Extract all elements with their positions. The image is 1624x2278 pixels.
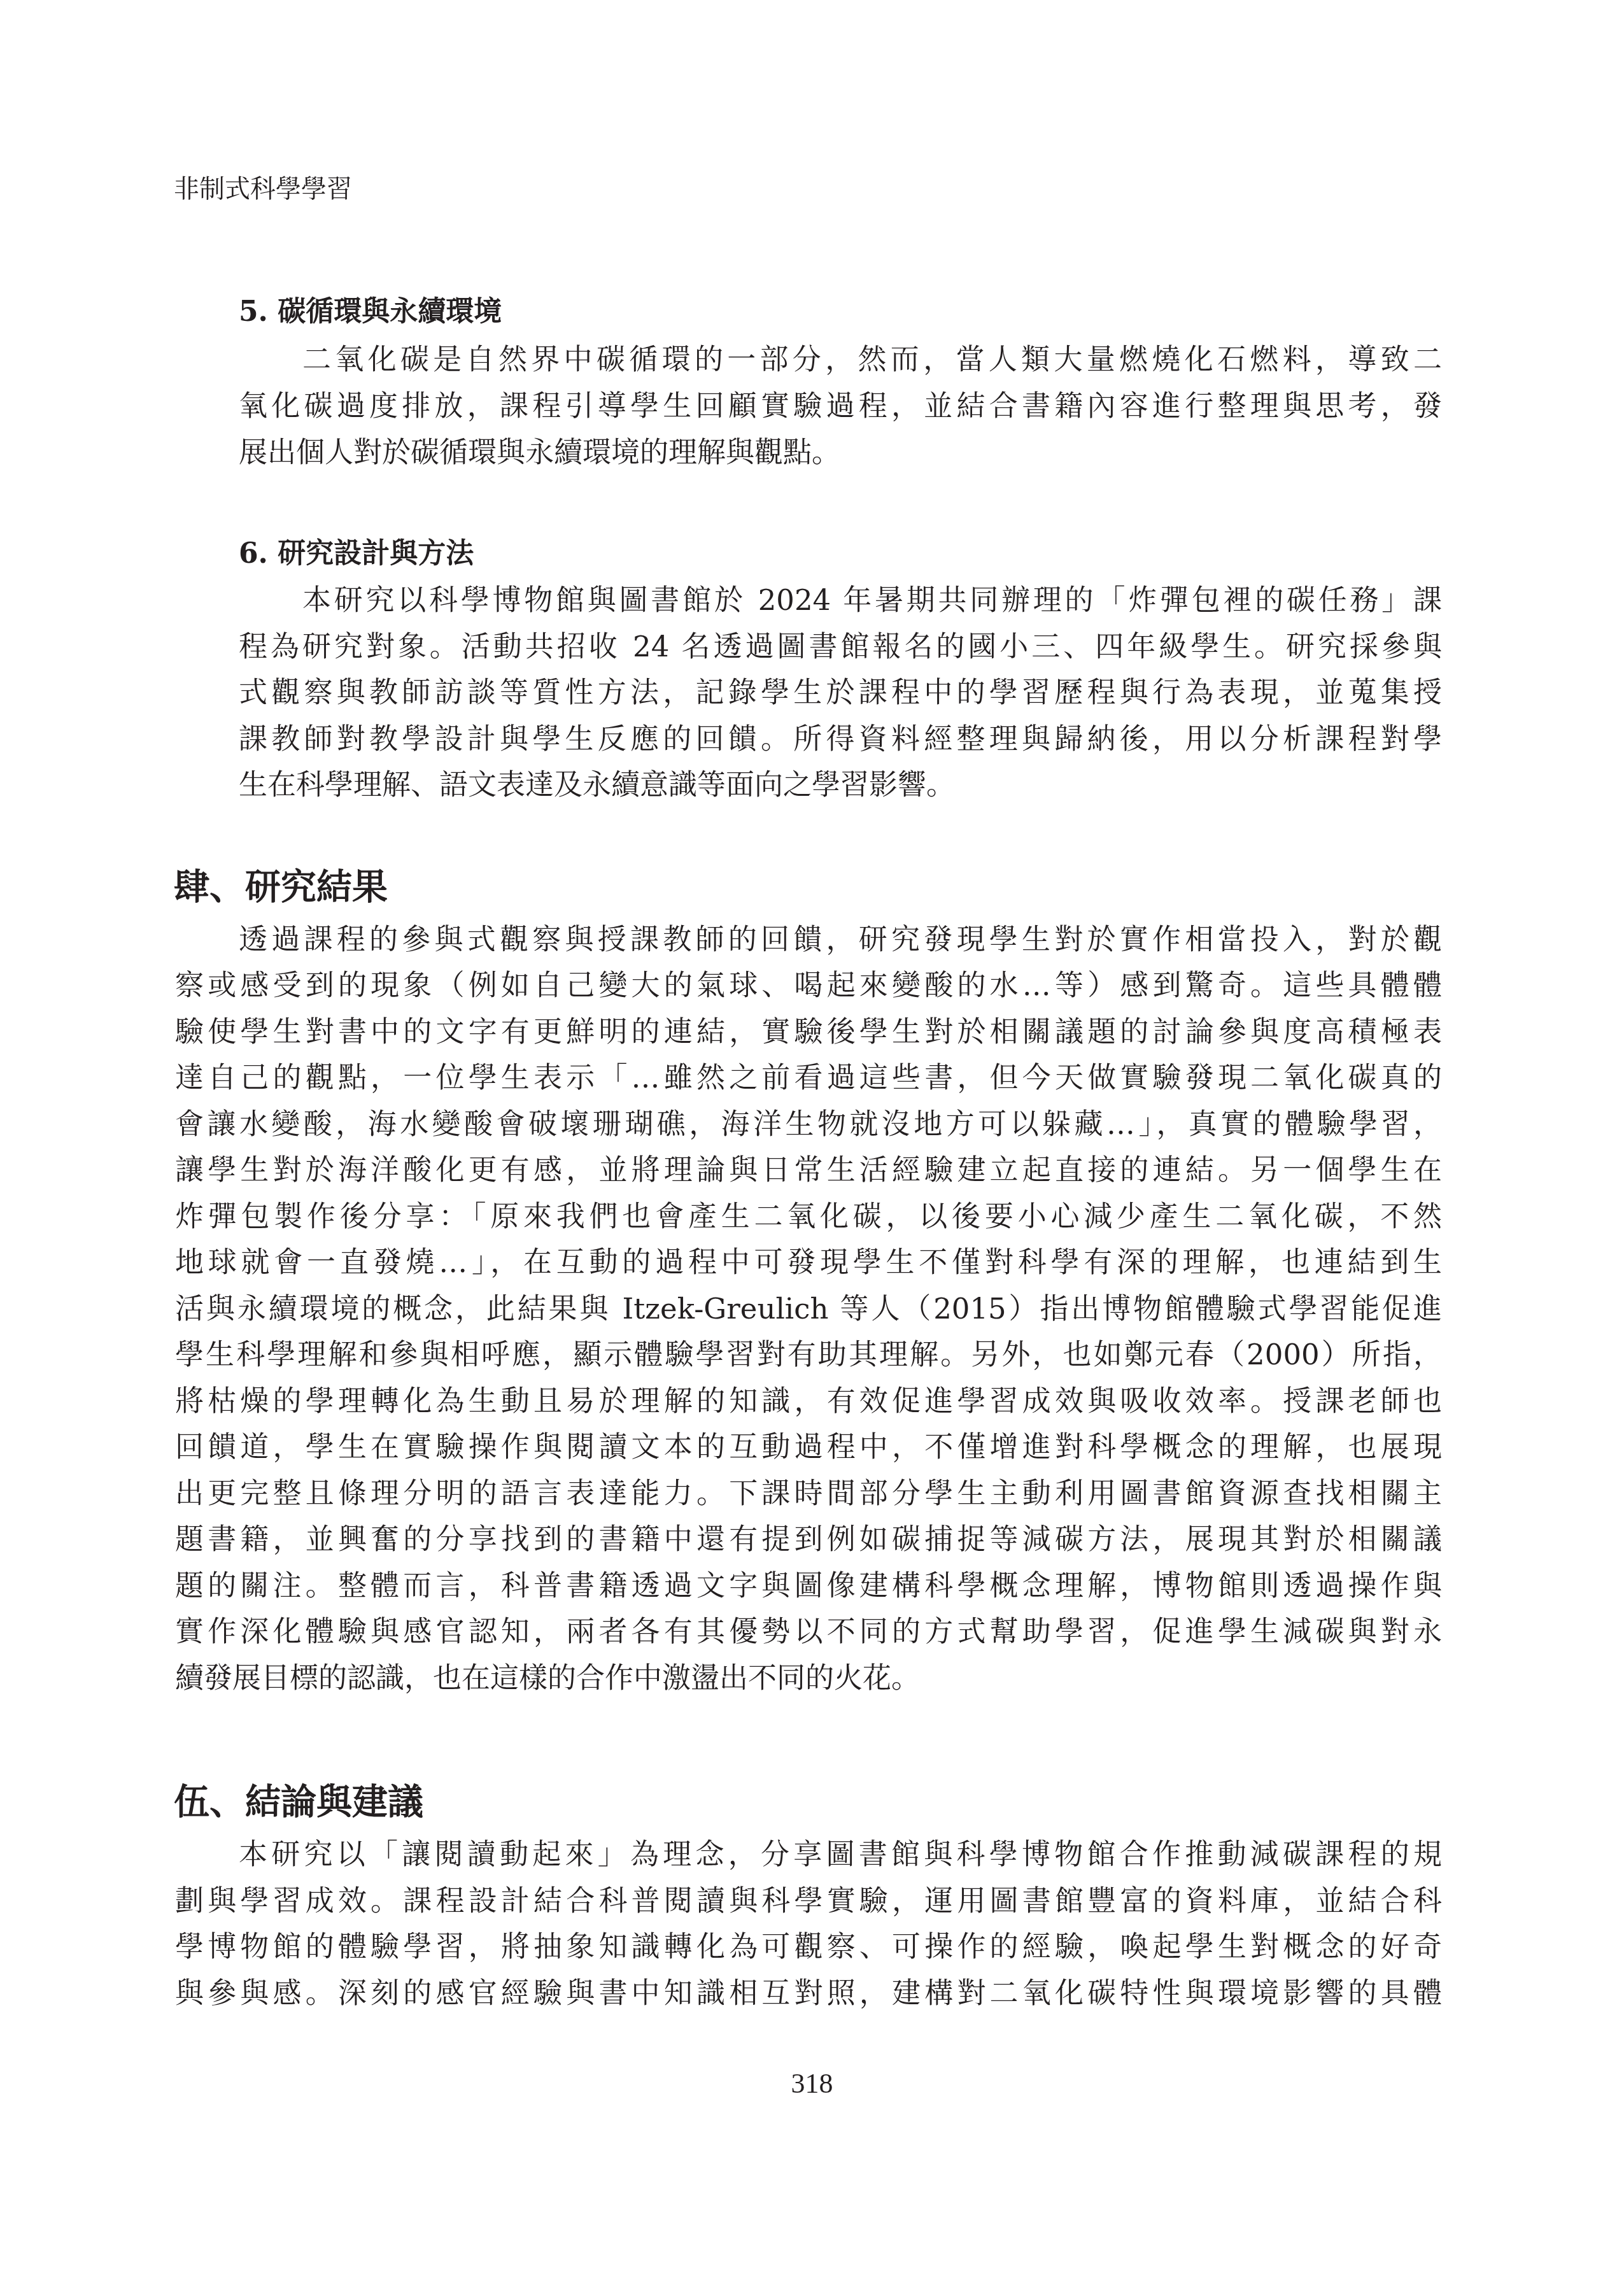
paragraph-line: 透過課程的參與式觀察與授課教師的回饋，研究發現學生對於實作相當投入，對於觀 bbox=[239, 921, 1442, 959]
paragraph-line: 氧化碳過度排放，課程引導學生回顧實驗過程，並結合書籍內容進行整理與思考，發 bbox=[239, 387, 1442, 425]
paragraph-line: 讓學生對於海洋酸化更有感，並將理論與日常生活經驗建立起直接的連結。另一個學生在 bbox=[175, 1151, 1442, 1189]
subsection-5-heading: 5. 碳循環與永續環境 bbox=[239, 294, 502, 330]
paragraph-line: 本研究以科學博物館與圖書館於 2024 年暑期共同辦理的「炸彈包裡的碳任務」課 bbox=[302, 581, 1442, 619]
paragraph-line: 會讓水變酸，海水變酸會破壞珊瑚礁，海洋生物就沒地方可以躲藏…」，真實的體驗學習， bbox=[175, 1105, 1442, 1143]
paragraph-line: 炸彈包製作後分享：「原來我們也會產生二氧化碳，以後要小心減少產生二氧化碳，不然 bbox=[175, 1198, 1442, 1236]
paragraph-line: 生在科學理解、語文表達及永續意識等面向之學習影響。 bbox=[239, 766, 1442, 804]
paragraph-line: 回饋道，學生在實驗操作與閱讀文本的互動過程中，不僅增進對科學概念的理解，也展現 bbox=[175, 1428, 1442, 1466]
section-4-heading: 肆、研究結果 bbox=[174, 865, 388, 909]
paragraph-line: 實作深化體驗與感官認知，兩者各有其優勢以不同的方式幫助學習，促進學生減碳與對永 bbox=[175, 1613, 1442, 1651]
paragraph-line: 察或感受到的現象（例如自己變大的氣球、喝起來變酸的水…等）感到驚奇。這些具體體 bbox=[175, 966, 1442, 1005]
paragraph-line: 式觀察與教師訪談等質性方法，記錄學生於課程中的學習歷程與行為表現，並蒐集授 bbox=[239, 674, 1442, 712]
paragraph-line: 二氧化碳是自然界中碳循環的一部分，然而，當人類大量燃燒化石燃料，導致二 bbox=[302, 341, 1442, 379]
paragraph-line: 驗使學生對書中的文字有更鮮明的連結，實驗後學生對於相關議題的討論參與度高積極表 bbox=[175, 1013, 1442, 1051]
paragraph-line: 課教師對教學設計與學生反應的回饋。所得資料經整理與歸納後，用以分析課程對學 bbox=[239, 720, 1442, 758]
paragraph-line: 學博物館的體驗學習，將抽象知識轉化為可觀察、可操作的經驗，喚起學生對概念的好奇 bbox=[175, 1928, 1442, 1966]
paragraph-line: 題書籍，並興奮的分享找到的書籍中還有提到例如碳捕捉等減碳方法，展現其對於相關議 bbox=[175, 1520, 1442, 1559]
page-number: 318 bbox=[0, 2066, 1624, 2102]
paragraph-line: 劃與學習成效。課程設計結合科普閱讀與科學實驗，運用圖書館豐富的資料庫，並結合科 bbox=[175, 1882, 1442, 1920]
section-5-heading: 伍、結論與建議 bbox=[174, 1779, 423, 1824]
paragraph-line: 題的關注。整體而言，科普書籍透過文字與圖像建構科學概念理解，博物館則透過操作與 bbox=[175, 1567, 1442, 1605]
running-header: 非制式科學學習 bbox=[174, 173, 352, 205]
paragraph-line: 達自己的觀點，一位學生表示「…雖然之前看過這些書，但今天做實驗發現二氧化碳真的 bbox=[175, 1059, 1442, 1097]
paragraph-line: 出更完整且條理分明的語言表達能力。下課時間部分學生主動利用圖書館資源查找相關主 bbox=[175, 1475, 1442, 1513]
subsection-6-heading: 6. 研究設計與方法 bbox=[239, 536, 474, 572]
paragraph-line: 本研究以「讓閱讀動起來」為理念，分享圖書館與科學博物館合作推動減碳課程的規 bbox=[239, 1836, 1442, 1874]
paragraph-line: 程為研究對象。活動共招收 24 名透過圖書館報名的國小三、四年級學生。研究採參與 bbox=[239, 628, 1442, 666]
paragraph-line: 與參與感。深刻的感官經驗與書中知識相互對照，建構對二氧化碳特性與環境影響的具體 bbox=[175, 1974, 1442, 2013]
paragraph-line: 展出個人對於碳循環與永續環境的理解與觀點。 bbox=[239, 434, 1442, 472]
paragraph-line: 活與永續環境的概念，此結果與 Itzek-Greulich 等人（2015）指出… bbox=[175, 1290, 1442, 1328]
paragraph-line: 續發展目標的認識，也在這樣的合作中激盪出不同的火花。 bbox=[175, 1659, 1442, 1697]
paragraph-line: 將枯燥的學理轉化為生動且易於理解的知識，有效促進學習成效與吸收效率。授課老師也 bbox=[175, 1382, 1442, 1420]
paragraph-line: 學生科學理解和參與相呼應，顯示體驗學習對有助其理解。另外，也如鄭元春（2000）… bbox=[175, 1336, 1442, 1374]
paragraph-line: 地球就會一直發燒…」，在互動的過程中可發現學生不僅對科學有深的理解，也連結到生 bbox=[175, 1243, 1442, 1282]
